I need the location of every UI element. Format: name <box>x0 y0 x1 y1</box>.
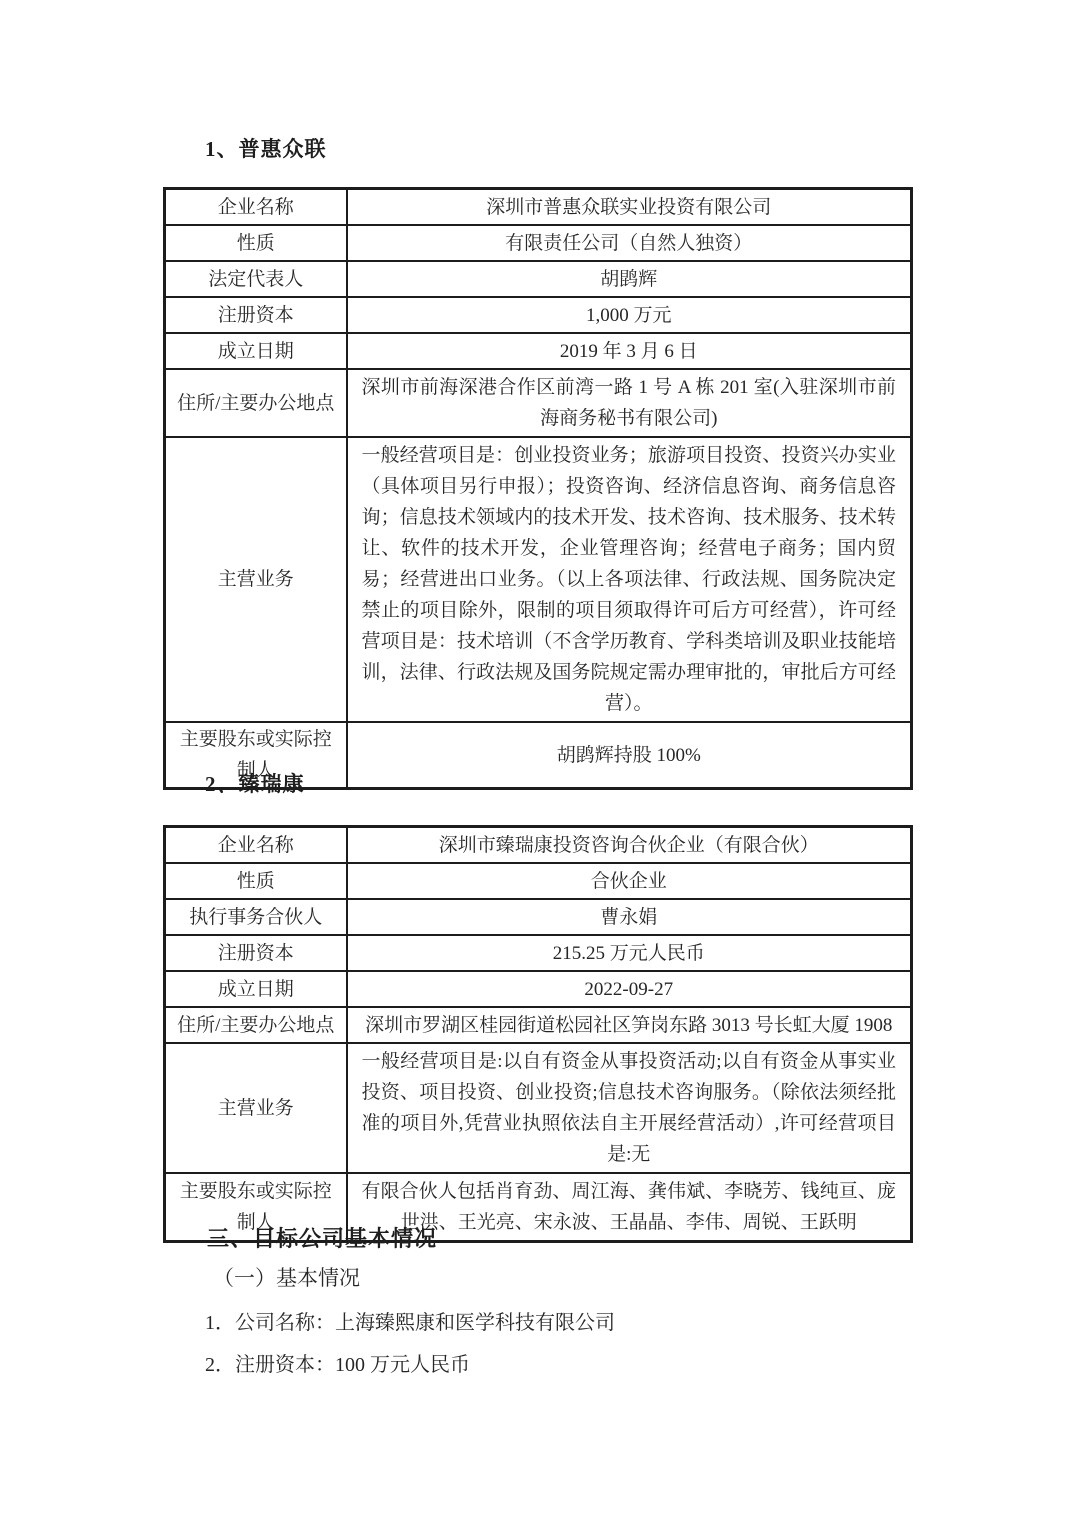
row-value: 1,000 万元 <box>347 297 912 333</box>
section-heading-puhuizhonglian: 1、普惠众联 <box>205 133 327 163</box>
table-row: 性质 有限责任公司（自然人独资） <box>165 225 912 261</box>
table-row: 主营业务 一般经营项目是:以自有资金从事投资活动;以自有资金从事实业投资、项目投… <box>165 1043 912 1173</box>
row-value: 深圳市普惠众联实业投资有限公司 <box>347 189 912 226</box>
table-row: 企业名称 深圳市普惠众联实业投资有限公司 <box>165 189 912 226</box>
list-item-company-name: 1．公司名称：上海臻熙康和医学科技有限公司 <box>205 1306 615 1335</box>
row-value: 胡鹍辉持股 100% <box>347 722 912 789</box>
row-label: 执行事务合伙人 <box>165 899 347 935</box>
row-value: 一般经营项目是:以自有资金从事投资活动;以自有资金从事实业投资、项目投资、创业投… <box>347 1043 912 1173</box>
row-value: 有限责任公司（自然人独资） <box>347 225 912 261</box>
row-label: 成立日期 <box>165 971 347 1007</box>
company-table-puhuizhonglian: 企业名称 深圳市普惠众联实业投资有限公司 性质 有限责任公司（自然人独资） 法定… <box>163 187 913 790</box>
table-row: 成立日期 2019 年 3 月 6 日 <box>165 333 912 369</box>
row-label: 性质 <box>165 225 347 261</box>
row-value: 深圳市前海深港合作区前湾一路 1 号 A 栋 201 室(入驻深圳市前海商务秘书… <box>347 369 912 437</box>
row-value: 深圳市臻瑞康投资咨询合伙企业（有限合伙） <box>347 827 912 864</box>
row-label: 注册资本 <box>165 935 347 971</box>
row-value: 2022-09-27 <box>347 971 912 1007</box>
table-row: 法定代表人 胡鹍辉 <box>165 261 912 297</box>
row-value: 曹永娟 <box>347 899 912 935</box>
table-row: 注册资本 215.25 万元人民币 <box>165 935 912 971</box>
row-value: 胡鹍辉 <box>347 261 912 297</box>
row-value: 一般经营项目是：创业投资业务；旅游项目投资、投资兴办实业（具体项目另行申报）；投… <box>347 437 912 722</box>
table-row: 住所/主要办公地点 深圳市前海深港合作区前湾一路 1 号 A 栋 201 室(入… <box>165 369 912 437</box>
table-row: 执行事务合伙人 曹永娟 <box>165 899 912 935</box>
row-label: 主营业务 <box>165 1043 347 1173</box>
row-label: 性质 <box>165 863 347 899</box>
row-value: 215.25 万元人民币 <box>347 935 912 971</box>
table-row: 性质 合伙企业 <box>165 863 912 899</box>
row-label: 企业名称 <box>165 189 347 226</box>
row-value: 2019 年 3 月 6 日 <box>347 333 912 369</box>
table-row: 成立日期 2022-09-27 <box>165 971 912 1007</box>
row-label: 住所/主要办公地点 <box>165 369 347 437</box>
section-heading-target-company: 三、目标公司基本情况 <box>207 1222 437 1253</box>
row-value: 深圳市罗湖区桂园街道松园社区笋岗东路 3013 号长虹大厦 1908 <box>347 1007 912 1043</box>
document-page: 1、普惠众联 企业名称 深圳市普惠众联实业投资有限公司 性质 有限责任公司（自然… <box>0 0 1080 1527</box>
row-label: 注册资本 <box>165 297 347 333</box>
row-label: 成立日期 <box>165 333 347 369</box>
company-table-zhenruikang: 企业名称 深圳市臻瑞康投资咨询合伙企业（有限合伙） 性质 合伙企业 执行事务合伙… <box>163 825 913 1243</box>
row-label: 法定代表人 <box>165 261 347 297</box>
row-label: 主营业务 <box>165 437 347 722</box>
row-label: 住所/主要办公地点 <box>165 1007 347 1043</box>
table-row: 住所/主要办公地点 深圳市罗湖区桂园街道松园社区笋岗东路 3013 号长虹大厦 … <box>165 1007 912 1043</box>
table-row: 主营业务 一般经营项目是：创业投资业务；旅游项目投资、投资兴办实业（具体项目另行… <box>165 437 912 722</box>
table-row: 注册资本 1,000 万元 <box>165 297 912 333</box>
section-heading-zhenruikang: 2、臻瑞康 <box>205 768 305 798</box>
subsection-heading-basic-info: （一）基本情况 <box>213 1262 360 1292</box>
table-row: 企业名称 深圳市臻瑞康投资咨询合伙企业（有限合伙） <box>165 827 912 864</box>
row-label: 企业名称 <box>165 827 347 864</box>
row-value: 合伙企业 <box>347 863 912 899</box>
list-item-registered-capital: 2．注册资本：100 万元人民币 <box>205 1348 470 1377</box>
